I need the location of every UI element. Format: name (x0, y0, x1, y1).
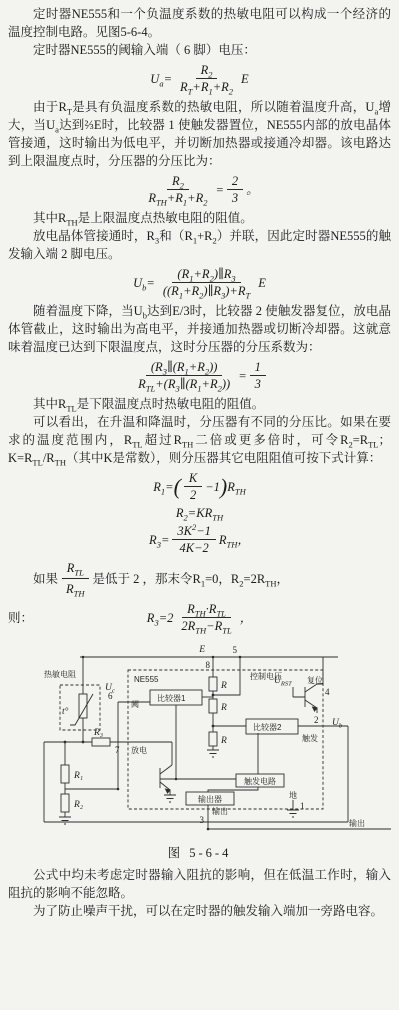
circuit-figure: NE555 t° 热敏电阻 R₃ R₁ R₂ (8, 637, 391, 843)
resistor-r1: R₁ (61, 765, 83, 783)
paragraph-condition: 如果 RTL RTH 是低于 2 ，那末令R1=0，R2=2RTH， (8, 559, 391, 598)
fraction: (R1+R2)∥R3 ((R1+R2)∥R3)+RT (158, 267, 255, 298)
fraction: R2 RT+R1+R2 (175, 63, 238, 94)
internal-divider: R R R (209, 677, 227, 746)
u-rst-label: URST (274, 676, 292, 688)
threshold-label: 阈 (131, 699, 139, 709)
svg-text:R: R (220, 736, 227, 746)
open-paren: ( (174, 476, 181, 498)
svg-text:R: R (220, 681, 227, 691)
ne555-label: NE555 (134, 675, 159, 684)
svg-text:R: R (220, 703, 227, 713)
fraction: RTH·RTL 2RTH−RTL (176, 602, 236, 633)
fraction: 1 3 (250, 360, 266, 391)
svg-text:输出器: 输出器 (198, 794, 222, 804)
svg-text:触发电路: 触发电路 (244, 776, 276, 786)
fraction: RTL RTH (61, 559, 90, 598)
discharge-transistor (160, 765, 172, 795)
svg-text:比较器1: 比较器1 (157, 693, 186, 703)
pin-4-label: 4 (325, 687, 330, 697)
formula-ua: Ua= R2 RT+R1+R2 E (8, 63, 391, 94)
svg-text:R₁: R₁ (73, 771, 83, 781)
fraction: 3K2−1 4K−2 (172, 524, 216, 555)
formula-ua-lhs: Ua= (150, 72, 172, 86)
pin-5-label: 5 (233, 645, 238, 655)
output-stage-box: 输出器 (186, 792, 234, 805)
formula-r2: R2=KRTH (8, 506, 391, 520)
fraction: 2 3 (227, 174, 243, 205)
pin-6-label: 6 (108, 691, 113, 701)
formula-lower-ratio: (R3∥(R1+R2)) RTL+(R3∥(R1+R2)) = 1 3 (8, 360, 391, 391)
fraction: R2 RTH+R1+R2 (143, 174, 212, 205)
formula-r1: R1= ( K 2 −1 ) RTH (8, 471, 391, 502)
paragraph-threshold-voltage: 定时器NE555的阈输入端（ 6 脚）电压： (8, 41, 391, 59)
discharge-label: 放电 (131, 745, 147, 755)
ground-label: 地 (289, 790, 297, 800)
pin-2-label: 2 (314, 715, 319, 725)
thermistor-label: 热敏电阻 (44, 669, 76, 679)
trigger-circuit-box: 触发电路 (236, 774, 284, 787)
output-pin-label: 输出 (212, 806, 228, 816)
then-label: 则： (8, 611, 33, 625)
paragraph-design-rule: 可以看出，在升温和降温时，分压器有不同的分压比。如果在要求的温度范围内，RTL超… (8, 413, 391, 467)
pin-8-label: 8 (206, 660, 211, 670)
document-page: 定时器NE555和一个负温度系数的热敏电阻可以构成一个经济的温度控制电路。见图5… (0, 0, 399, 920)
formula-ub-rhs: E (258, 276, 266, 290)
trigger-label: 触发 (302, 733, 318, 743)
comparator2-box: 比较器2 (246, 719, 298, 734)
ne555-circuit-diagram: NE555 t° 热敏电阻 R₃ R₁ R₂ (8, 637, 391, 843)
formula-upper-ratio: R2 RTH+R1+R2 = 2 3 。 (8, 174, 391, 205)
paragraph-intro: 定时器NE555和一个负温度系数的热敏电阻可以构成一个经济的温度控制电路。见图5… (8, 5, 391, 41)
supply-e-label: E (198, 645, 205, 655)
formula-ub-lhs: Ub= (133, 276, 155, 290)
paragraph-bypass-cap: 为了防止噪声干扰，可以在定时器的触发输入端加一旁路电容。 (8, 902, 391, 920)
pin-7-label: 7 (115, 745, 120, 755)
resistor-r3: R₃ (92, 728, 110, 746)
fraction: (R3∥(R1+R2)) RTL+(R3∥(R1+R2)) (133, 360, 235, 391)
formula-ub: Ub= (R1+R2)∥R3 ((R1+R2)∥R3)+RT E (8, 267, 391, 298)
pin-1-label: 1 (300, 801, 305, 811)
paragraph-rtl-note: 其中RTL是下限温度点时热敏电阻的阻值。 (8, 395, 391, 413)
paragraph-rth-note: 其中RTH是上限温度点热敏电阻的阻值。 (8, 209, 391, 227)
reset-label: 复位 (307, 675, 323, 685)
resistor-r2: R₂ (61, 794, 84, 812)
paragraph-parallel: 放电晶体管接通时，R3和（R1+R2）并联，因此定时器NE555的触发输入端 2… (8, 227, 391, 263)
svg-text:R₃: R₃ (93, 728, 103, 738)
fraction: K 2 (184, 471, 202, 502)
formula-ua-rhs: E (241, 72, 249, 86)
thermistor-symbol: t° (60, 685, 100, 730)
figure-caption: 图 5-6-4 (8, 844, 391, 862)
reset-transistor (305, 684, 317, 713)
paragraph-ntc-explain: 由于RT是具有负温度系数的热敏电阻，所以随着温度升高，Ua增大，当Ua达到⅔E时… (8, 98, 391, 170)
pin-3-label: 3 (200, 815, 205, 825)
svg-text:R₂: R₂ (73, 800, 84, 810)
formula-r3-alt: 则： R3=2 RTH·RTL 2RTH−RTL ， (8, 602, 391, 633)
output-right-label: 输出 (349, 818, 365, 828)
paragraph-impedance: 公式中均未考虑定时器输入阻抗的影响，但在低温工作时，输入阻抗的影响不能忽略。 (8, 866, 391, 902)
thermistor-t-label: t° (62, 706, 69, 717)
u-b-label: Ub (332, 718, 343, 730)
comparator1-box: 比较器1 (150, 690, 202, 705)
svg-text:比较器2: 比较器2 (253, 722, 282, 732)
formula-r3: R3= 3K2−1 4K−2 RTH， (8, 524, 391, 555)
paragraph-cooling: 随着温度下降，当Ub达到E/3时，比较器 2 使触发器复位，放电晶体管截止，这时… (8, 302, 391, 356)
